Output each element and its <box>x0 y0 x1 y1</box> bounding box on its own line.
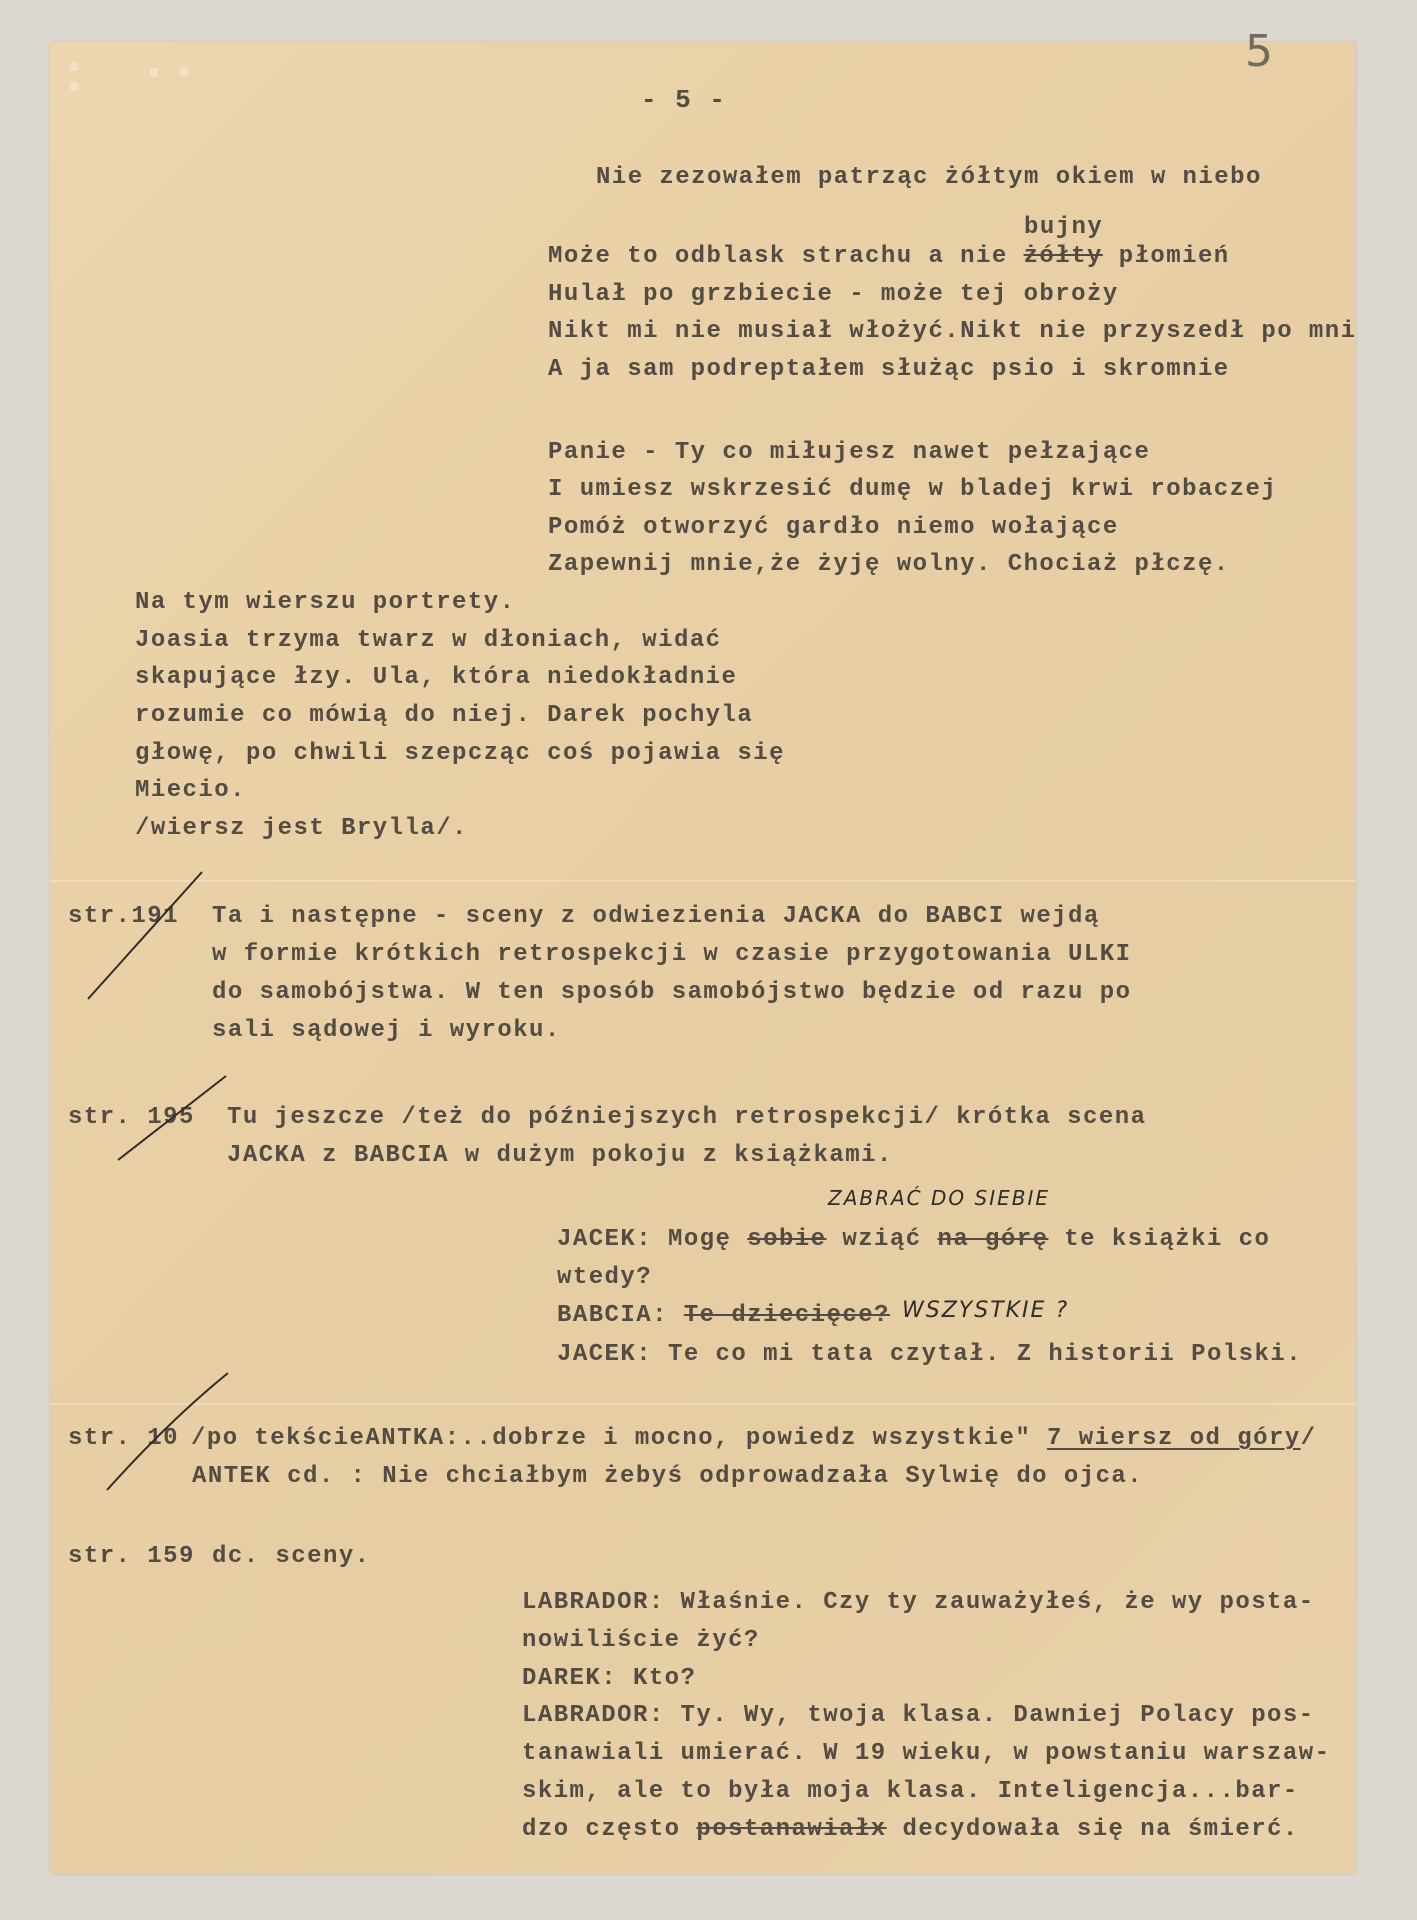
slash-mark <box>88 872 202 999</box>
slash-mark <box>107 1373 228 1490</box>
slash-mark <box>118 1076 226 1160</box>
pen-marks <box>0 0 1417 1920</box>
